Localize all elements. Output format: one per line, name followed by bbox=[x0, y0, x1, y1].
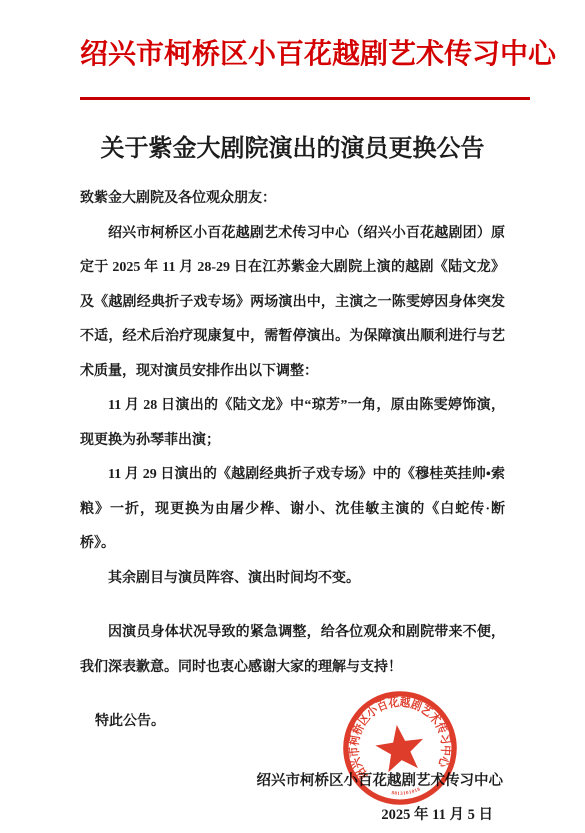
announcement-page: 绍兴市柯桥区小百花越剧艺术传习中心 关于紫金大剧院演出的演员更换公告 致紫金大剧… bbox=[0, 0, 585, 833]
paragraph: 其余剧目与演员阵容、演出时间均不变。 bbox=[80, 562, 505, 597]
date-line: 2025 年 11 月 5 日 bbox=[80, 798, 505, 833]
signature-line: 绍兴市柯桥区小百花越剧艺术传习中心 bbox=[80, 764, 505, 799]
closing-line: 特此公告。 bbox=[80, 705, 505, 740]
paragraph: 因演员身体状况导致的紧急调整，给各位观众和剧院带来不便，我们深表歉意。同时也衷心… bbox=[80, 616, 505, 685]
letterhead-title: 绍兴市柯桥区小百花越剧艺术传习中心 bbox=[80, 30, 505, 78]
document-body: 致紫金大剧院及各位观众朋友： 绍兴市柯桥区小百花越剧艺术传习中心（绍兴小百花越剧… bbox=[80, 182, 505, 685]
letterhead-rule bbox=[80, 97, 530, 100]
salutation-line: 致紫金大剧院及各位观众朋友： bbox=[80, 182, 505, 217]
paragraph: 11 月 29 日演出的《越剧经典折子戏专场》中的《穆桂英挂帅•索粮》一折，现更… bbox=[80, 458, 505, 562]
signature-block: 绍兴市柯桥区小百花越剧艺术传习中心 2025 年 11 月 5 日 bbox=[80, 764, 505, 833]
document-title: 关于紫金大剧院演出的演员更换公告 bbox=[80, 134, 505, 164]
paragraph: 绍兴市柯桥区小百花越剧艺术传习中心（绍兴小百花越剧团）原定于 2025 年 11… bbox=[80, 217, 505, 390]
paragraph: 11 月 28 日演出的《陆文龙》中“琼芳”一角，原由陈雯婷饰演，现更换为孙琴菲… bbox=[80, 389, 505, 458]
